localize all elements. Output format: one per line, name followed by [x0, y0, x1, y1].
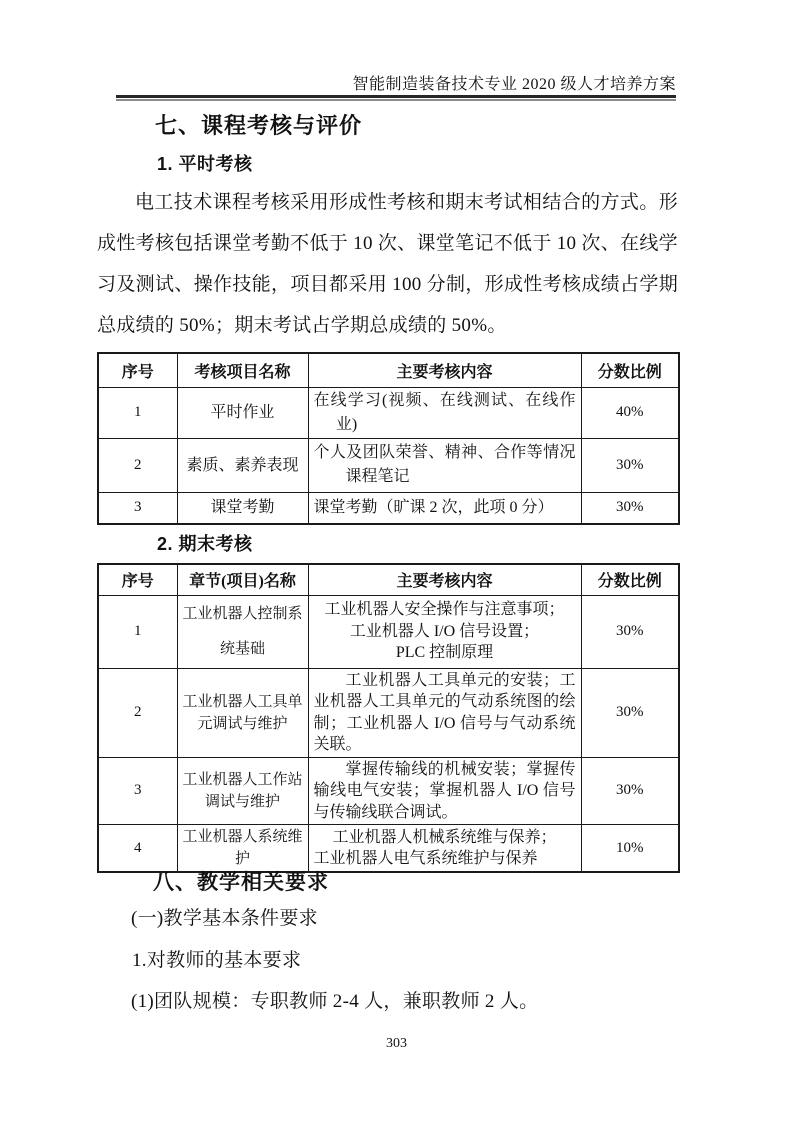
cell-content-line: 工业机器人电气系统维护与保养	[314, 848, 576, 870]
cell-content-line: 与传输线联合调试。	[314, 802, 576, 824]
cell-content-line: 工业机器人机械系统维与保养；	[314, 827, 576, 849]
paragraph: 电工技术课程考核采用形成性考核和期末考试相结合的方式。形 成性考核包括课堂考勤不…	[97, 182, 678, 346]
cell-item-name: 素质、素养表现	[177, 438, 308, 492]
section8-line-2: 1.对教师的基本要求	[132, 945, 301, 972]
cell-content-line: 业机器人工具单元的气动系统图的绘	[314, 691, 576, 713]
cell-content-line: PLC 控制原理	[314, 642, 576, 664]
table-row: 2 工业机器人工具单元调试与维护 工业机器人工具单元的安装；工 业机器人工具单元…	[98, 668, 679, 757]
cell-content-line: 输线电气安装；掌握机器人 I/O 信号	[314, 780, 576, 802]
cell-index: 3	[98, 757, 177, 825]
cell-content-line: 工业机器人工具单元的安装；工	[314, 670, 576, 692]
table-header-row: 序号 章节(项目)名称 主要考核内容 分数比例	[98, 564, 679, 595]
section8-title: 八、教学相关要求	[153, 866, 329, 896]
column-header: 分数比例	[581, 564, 679, 595]
cell-content: 工业机器人工具单元的安装；工 业机器人工具单元的气动系统图的绘 制；工业机器人 …	[308, 668, 581, 757]
paragraph-line: 成性考核包括课堂考勤不低于 10 次、课堂笔记不低于 10 次、在线学	[97, 223, 678, 264]
document-page: 智能制造装备技术专业 2020 级人才培养方案 七、课程考核与评价 1. 平时考…	[0, 0, 793, 1122]
column-header: 分数比例	[581, 353, 679, 387]
cell-score: 30%	[581, 757, 679, 825]
table-row: 1 工业机器人控制系统基础 工业机器人安全操作与注意事项； 工业机器人 I/O …	[98, 595, 679, 668]
cell-content: 工业机器人安全操作与注意事项； 工业机器人 I/O 信号设置； PLC 控制原理	[308, 595, 581, 668]
cell-content-line: 课程笔记	[314, 465, 576, 489]
paragraph-line: 习及测试、操作技能，项目都采用 100 分制，形成性考核成绩占学期	[97, 264, 678, 305]
cell-chapter-name: 工业机器人工作站调试与维护	[177, 757, 308, 825]
column-header: 考核项目名称	[177, 353, 308, 387]
cell-index: 3	[98, 492, 177, 524]
cell-chapter-name: 工业机器人系统维护	[177, 825, 308, 873]
cell-chapter-name: 工业机器人控制系统基础	[177, 595, 308, 668]
subsection1-title: 1. 平时考核	[157, 150, 253, 176]
cell-score: 30%	[581, 492, 679, 524]
section8-line-1: (一)教学基本条件要求	[131, 903, 318, 930]
cell-index: 1	[98, 387, 177, 438]
cell-content-line: 在线学习(视频、在线测试、在线作	[314, 389, 576, 413]
cell-content-line: 业)	[314, 413, 576, 437]
cell-content: 在线学习(视频、在线测试、在线作 业)	[308, 387, 581, 438]
cell-content-line: 个人及团队荣誉、精神、合作等情况	[314, 441, 576, 465]
cell-chapter-name: 工业机器人工具单元调试与维护	[177, 668, 308, 757]
cell-index: 1	[98, 595, 177, 668]
column-header: 主要考核内容	[308, 564, 581, 595]
cell-content-line: 课堂考勤（旷课 2 次，此项 0 分）	[314, 496, 576, 520]
table-regular-assessment: 序号 考核项目名称 主要考核内容 分数比例 1 平时作业 在线学习(视频、在线测…	[97, 352, 680, 525]
header-title: 智能制造装备技术专业 2020 级人才培养方案	[352, 71, 676, 94]
cell-content-line: 制；工业机器人 I/O 信号与气动系统	[314, 713, 576, 735]
cell-content-line: 工业机器人 I/O 信号设置；	[314, 621, 576, 643]
cell-item-name: 课堂考勤	[177, 492, 308, 524]
section8-line-3: (1)团队规模：专职教师 2-4 人，兼职教师 2 人。	[131, 986, 538, 1013]
table-row: 1 平时作业 在线学习(视频、在线测试、在线作 业) 40%	[98, 387, 679, 438]
table-header-row: 序号 考核项目名称 主要考核内容 分数比例	[98, 353, 679, 387]
section7-title: 七、课程考核与评价	[155, 109, 362, 140]
cell-score: 30%	[581, 668, 679, 757]
cell-content: 掌握传输线的机械安装；掌握传 输线电气安装；掌握机器人 I/O 信号 与传输线联…	[308, 757, 581, 825]
cell-content-line: 工业机器人安全操作与注意事项；	[314, 599, 576, 621]
cell-content: 个人及团队荣誉、精神、合作等情况 课程笔记	[308, 438, 581, 492]
cell-index: 2	[98, 438, 177, 492]
cell-content-line: 掌握传输线的机械安装；掌握传	[314, 759, 576, 781]
table-final-assessment: 序号 章节(项目)名称 主要考核内容 分数比例 1 工业机器人控制系统基础 工业…	[97, 563, 680, 873]
column-header: 章节(项目)名称	[177, 564, 308, 595]
table-row: 4 工业机器人系统维护 工业机器人机械系统维与保养； 工业机器人电气系统维护与保…	[98, 825, 679, 873]
table-row: 2 素质、素养表现 个人及团队荣誉、精神、合作等情况 课程笔记 30%	[98, 438, 679, 492]
cell-content: 课堂考勤（旷课 2 次，此项 0 分）	[308, 492, 581, 524]
header-rule	[116, 95, 676, 99]
cell-score: 10%	[581, 825, 679, 873]
cell-score: 30%	[581, 595, 679, 668]
column-header: 序号	[98, 353, 177, 387]
subsection2-title: 2. 期末考核	[157, 530, 253, 556]
table-row: 3 工业机器人工作站调试与维护 掌握传输线的机械安装；掌握传 输线电气安装；掌握…	[98, 757, 679, 825]
cell-content-line: 关联。	[314, 734, 576, 756]
cell-score: 40%	[581, 387, 679, 438]
paragraph-line: 总成绩的 50%；期末考试占学期总成绩的 50%。	[97, 305, 678, 346]
cell-score: 30%	[581, 438, 679, 492]
cell-index: 4	[98, 825, 177, 873]
cell-index: 2	[98, 668, 177, 757]
paragraph-line: 电工技术课程考核采用形成性考核和期末考试相结合的方式。形	[97, 182, 678, 223]
cell-item-name: 平时作业	[177, 387, 308, 438]
table-row: 3 课堂考勤 课堂考勤（旷课 2 次，此项 0 分） 30%	[98, 492, 679, 524]
column-header: 主要考核内容	[308, 353, 581, 387]
cell-content: 工业机器人机械系统维与保养； 工业机器人电气系统维护与保养	[308, 825, 581, 873]
column-header: 序号	[98, 564, 177, 595]
page-number: 303	[0, 1036, 793, 1052]
